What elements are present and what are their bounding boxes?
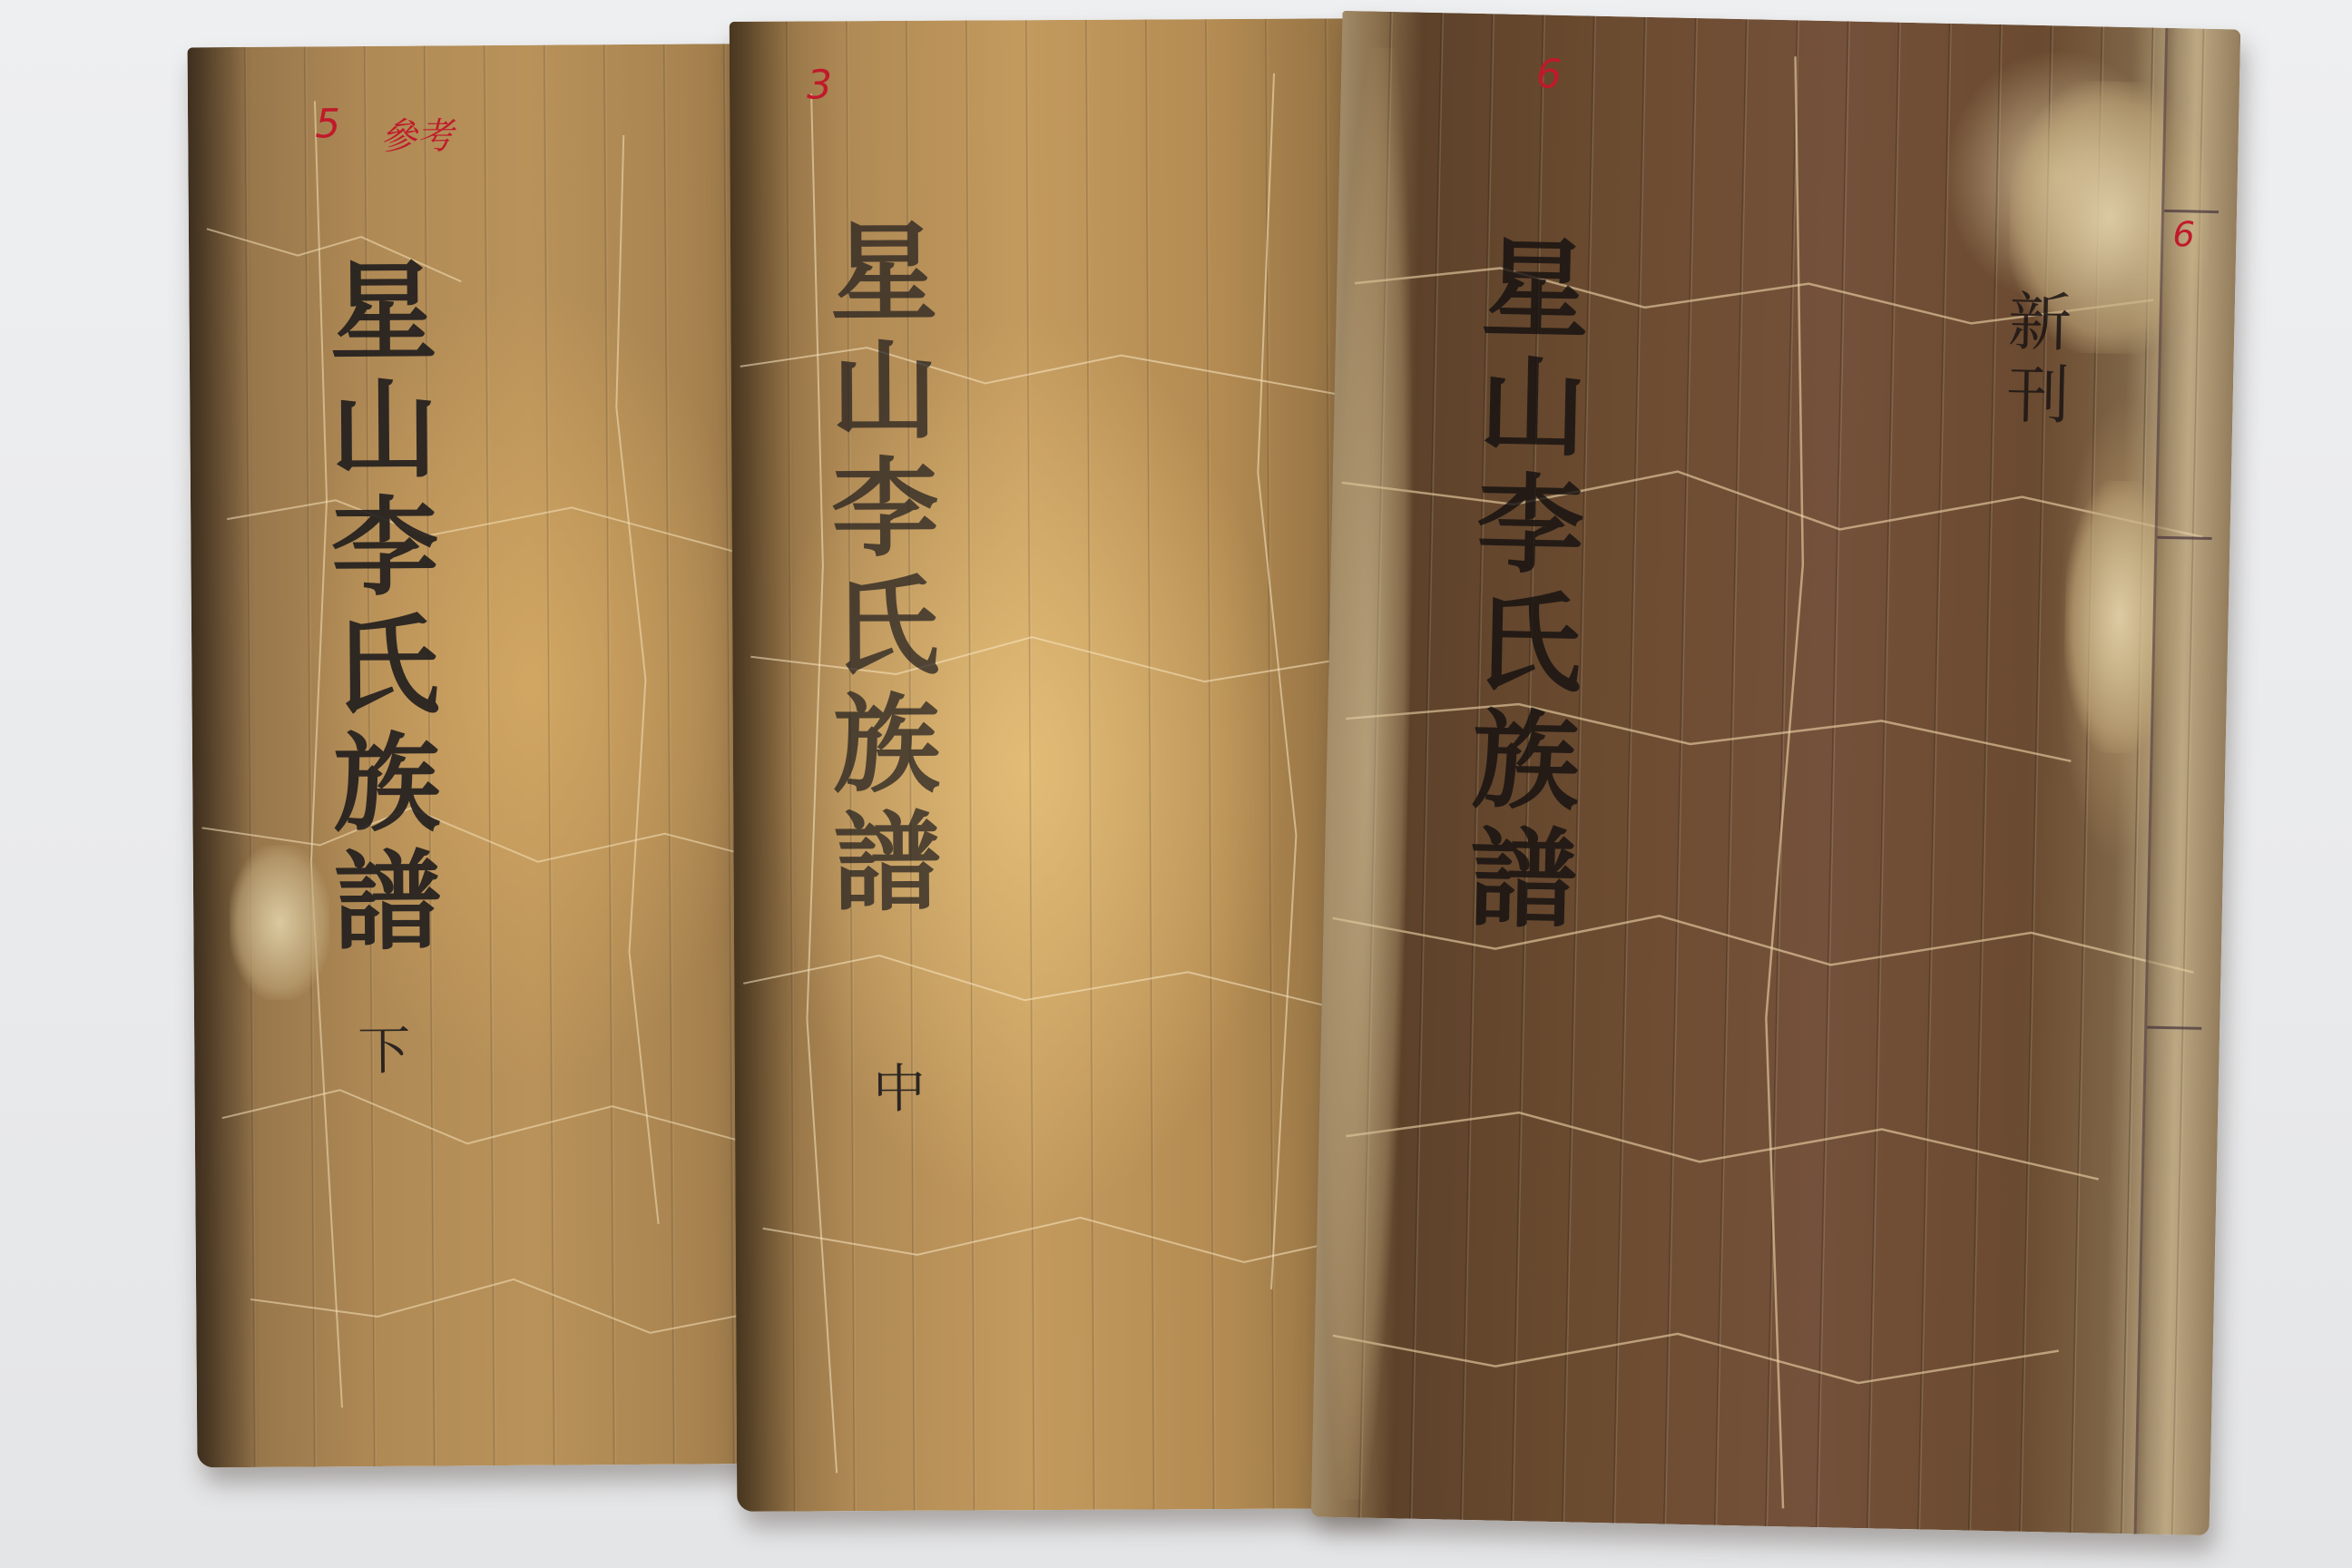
crack-texture (188, 44, 815, 1468)
worn-edge (188, 47, 261, 1467)
catalog-number-mark: 3 (807, 62, 832, 108)
spine-number-mark: 6 (2172, 214, 2195, 254)
volume-marker: 下 (358, 1008, 411, 1084)
worn-patch (230, 845, 330, 1000)
book-title: 星山李氏族譜 (320, 255, 432, 964)
paper-fold-texture (188, 44, 815, 1468)
binding-stitch (2158, 536, 2212, 540)
worn-edge (730, 22, 801, 1512)
new-edition-label: 新刊 (1987, 288, 2082, 435)
binding-stitch (2164, 210, 2219, 213)
binding-stitch (2147, 1026, 2201, 1030)
reference-note-mark: 參考 (380, 107, 453, 160)
catalog-number-mark: 5 (315, 101, 340, 147)
book-title: 星山李氏族譜 (1459, 231, 1581, 941)
book-middle: 3 星山李氏族譜 中 (730, 18, 1391, 1512)
book-left: 5 參考 星山李氏族譜 下 (188, 44, 815, 1468)
volume-marker: 中 (873, 1046, 926, 1122)
book-title: 星山李氏族譜 (821, 216, 932, 925)
catalog-number-mark: 6 (1536, 51, 1563, 98)
book-right: 6 6 星山李氏族譜 新刊 (1311, 11, 2241, 1535)
